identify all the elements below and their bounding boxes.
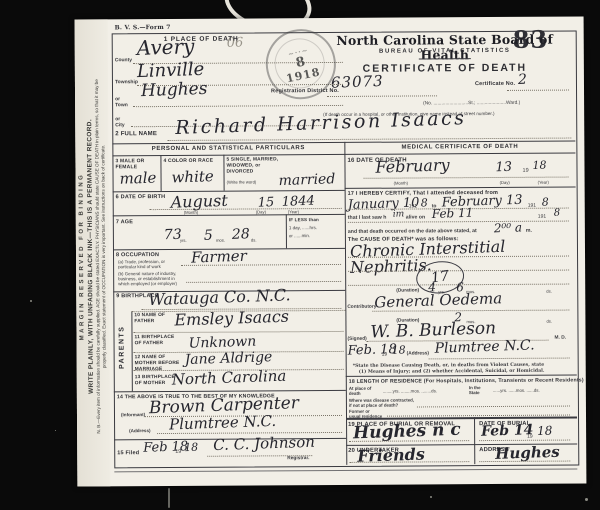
- in-state-label: In the State: [469, 385, 491, 396]
- town-label: or Town: [115, 96, 129, 108]
- meridian-label: m.: [526, 228, 532, 234]
- burial-date-value: Feb 14: [481, 423, 534, 439]
- personal-section-title: PERSONAL AND STATISTICAL PARTICULARS: [112, 145, 344, 154]
- full-name-label: 2 FULL NAME: [115, 131, 157, 138]
- informant-address-label: (Address): [129, 428, 150, 434]
- county-label: County: [115, 57, 132, 63]
- filed-year-value: 18: [184, 442, 198, 453]
- age-yrs-label: yrs.: [180, 238, 187, 243]
- certificate-no-line: [507, 89, 569, 91]
- sex-value: male: [119, 171, 156, 187]
- occupation-a-label-2: particular kind of work: [118, 264, 161, 270]
- age-label: 7 AGE: [116, 219, 133, 226]
- if-less-label-2: 1 day, ......hrs.: [289, 225, 317, 231]
- residence-units-1: ........yrs. ........mos. ........ds.: [383, 388, 437, 394]
- informant-address-value: Plumtree N.C.: [169, 414, 277, 433]
- dod-year-value: 18: [532, 159, 546, 170]
- filed-date-value: Feb 18: [143, 440, 188, 455]
- last-saw-fill: im: [393, 210, 405, 219]
- form-number-label: B. V. S.—Form 7: [115, 24, 171, 32]
- burial-year-value: 18: [537, 424, 553, 437]
- city-label: or City: [115, 116, 129, 128]
- certificate-no-label: Certificate No.: [475, 81, 515, 88]
- scanned-page-background: MARGIN RESERVED FOR BINDING WRITE PLAINL…: [0, 0, 600, 510]
- dust-speck: [55, 430, 56, 431]
- county-value: Avery: [136, 36, 194, 58]
- outer-bottom-rule: [114, 468, 577, 472]
- age-months-value: 5: [204, 229, 213, 243]
- dust-speck: [30, 300, 32, 302]
- birthplace-value: Watauga Co. N.C.: [148, 287, 291, 308]
- informant-label: (Informant): [121, 412, 145, 418]
- signed-year-prefix: 19: [382, 352, 388, 358]
- father-name-label: 10 NAME OF FATHER: [134, 313, 170, 325]
- dod-year-hint: (Year): [538, 180, 549, 185]
- age-days-value: 28: [232, 227, 250, 242]
- death-stated-label: and that death occurred on the date abov…: [348, 228, 477, 235]
- residence-units-2: ......yrs. ......mos. ......ds.: [493, 388, 540, 394]
- duration-ds-label: ds.: [546, 289, 552, 294]
- dod-month-hint: (Month): [394, 181, 408, 186]
- bureau-subtitle: BUREAU OF VITAL STATISTICS: [327, 48, 563, 57]
- parents-label: PARENTS: [118, 311, 125, 383]
- if-less-label-1: IF LESS than: [289, 217, 319, 223]
- registrar-signature: C. C. Johnson: [213, 435, 315, 453]
- filed-year-prefix: 19: [175, 449, 181, 456]
- dod-day-hint: (Day): [500, 180, 510, 185]
- town-value: Hughes: [141, 81, 208, 100]
- certificate-no-value: 2: [518, 73, 527, 87]
- township-value: Linville: [137, 61, 205, 81]
- race-label: 4 COLOR OR RACE: [163, 158, 219, 164]
- marital-hint: (Write the word): [227, 179, 257, 184]
- dob-day-value: 15: [257, 196, 274, 210]
- occupation-label: 8 OCCUPATION: [116, 252, 159, 259]
- age-mos-label: mos.: [216, 238, 225, 243]
- physician-address-label: (Address): [407, 351, 429, 357]
- md-label: M. D.: [555, 336, 567, 342]
- dod-month-value: February: [375, 157, 450, 176]
- binding-margin-strip: MARGIN RESERVED FOR BINDING WRITE PLAINL…: [75, 19, 111, 486]
- township-label: Township: [115, 79, 138, 85]
- father-birthplace-label: 11 BIRTHPLACE OF FATHER: [135, 335, 177, 347]
- duration2-ds-label: ds.: [546, 319, 552, 324]
- contributory-value: General Oedema: [374, 291, 502, 310]
- margin-note-binding: MARGIN RESERVED FOR BINDING: [78, 38, 87, 476]
- dust-speck: [430, 496, 432, 498]
- saw-year-value: 8: [554, 209, 561, 219]
- mother-birthplace-label: 13 BIRTHPLACE OF MOTHER: [135, 375, 177, 387]
- age-cell-divider: [286, 214, 287, 248]
- signed-date-value: Feb. 18: [347, 343, 397, 358]
- medical-section-title: MEDICAL CERTIFICATE OF DEATH: [344, 144, 575, 153]
- last-saw-date-value: Feb 11: [432, 207, 474, 220]
- signed-label: (Signed): [348, 337, 367, 343]
- mother-birthplace-value: North Carolina: [172, 369, 287, 388]
- mother-name-value: Jane Aldrige: [184, 350, 272, 367]
- cell-divider: [223, 155, 224, 191]
- marital-label: 5 SINGLE, MARRIED, WIDOWED, or DIVORCED: [226, 157, 284, 175]
- at-place-label: At place of death: [349, 386, 381, 397]
- if-less-label-3: or ......min.: [289, 233, 310, 239]
- dob-month-value: August: [170, 193, 228, 211]
- street-ward-label: (No. ..........................St.; ....…: [423, 101, 520, 107]
- death-time-value: 2⁰⁰ a: [494, 221, 523, 234]
- filed-label: 15 Filed: [117, 450, 139, 457]
- dust-speck: [585, 498, 588, 501]
- cell-divider: [160, 155, 161, 191]
- age-ds-label: ds.: [251, 237, 257, 242]
- signed-year-value: 18: [391, 344, 405, 355]
- dod-day-value: 13: [495, 161, 512, 175]
- marital-value: married: [278, 172, 335, 188]
- registrar-label: Registrar.: [287, 456, 309, 462]
- race-value: white: [171, 169, 214, 185]
- death-certificate-document: MARGIN RESERVED FOR BINDING WRITE PLAINL…: [75, 16, 587, 486]
- occupation-b-label-3: which employed (or employer): [118, 281, 177, 287]
- father-birthplace-value: Unknown: [188, 335, 256, 351]
- dob-year-value: 1844: [281, 195, 315, 209]
- scratch-artifact: [168, 488, 170, 508]
- father-name-value: Emsley Isaacs: [174, 309, 289, 329]
- dob-label: 6 DATE OF BIRTH: [116, 194, 166, 201]
- dod-year-prefix: 19: [522, 168, 528, 175]
- physician-address-value: Plumtree N.C.: [434, 338, 534, 355]
- contracted-question-2: if not at place of death?: [349, 403, 398, 409]
